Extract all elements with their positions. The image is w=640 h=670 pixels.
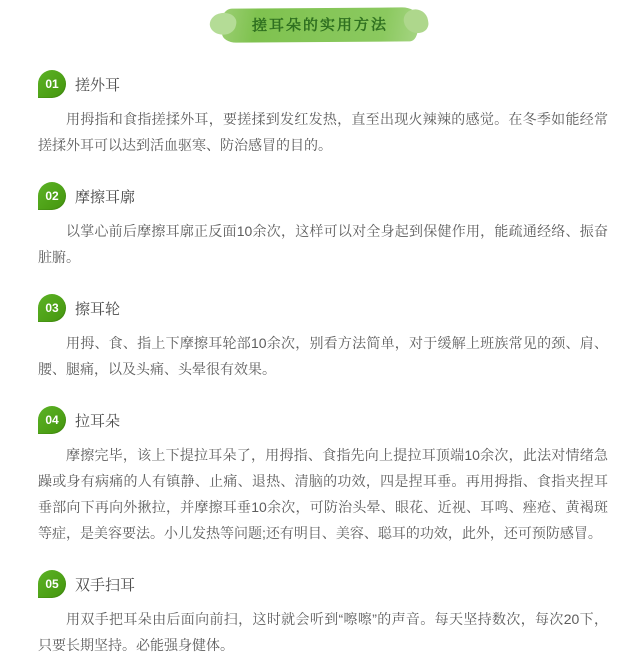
section-1: 01 搓外耳 用拇指和食指搓揉外耳，要搓揉到发红发热，直至出现火辣辣的感觉。在冬… [38, 70, 608, 158]
section-5: 05 双手扫耳 用双手把耳朵由后面向前扫，这时就会听到“嚓嚓”的声音。每天坚持数… [38, 570, 608, 658]
section-4-header: 04 拉耳朵 [38, 406, 608, 434]
section-2-header: 02 摩擦耳廓 [38, 182, 608, 210]
section-2-number-badge: 02 [38, 182, 66, 210]
article-page: 搓耳朵的实用方法 01 搓外耳 用拇指和食指搓揉外耳，要搓揉到发红发热，直至出现… [0, 0, 640, 670]
page-title: 搓耳朵的实用方法 [252, 17, 388, 35]
section-1-number-badge: 01 [38, 70, 66, 98]
section-3-number-badge: 03 [38, 294, 66, 322]
section-3-paragraph: 用拇、食、指上下摩擦耳轮部10余次，别看方法简单，对于缓解上班族常见的颈、肩、腰… [38, 330, 608, 382]
section-2-title: 摩擦耳廓 [75, 186, 135, 207]
section-5-number-badge: 05 [38, 570, 66, 598]
section-5-header: 05 双手扫耳 [38, 570, 608, 598]
section-2-paragraph: 以掌心前后摩擦耳廓正反面10余次，这样可以对全身起到保健作用，能疏通经络、振奋脏… [38, 218, 608, 270]
section-4-paragraph: 摩擦完毕，该上下提拉耳朵了，用拇指、食指先向上提拉耳顶端10余次，此法对情绪急躁… [38, 442, 608, 546]
section-3-title: 擦耳轮 [75, 298, 120, 319]
section-5-title: 双手扫耳 [75, 574, 135, 595]
section-4-number-badge: 04 [38, 406, 66, 434]
section-2: 02 摩擦耳廓 以掌心前后摩擦耳廓正反面10余次，这样可以对全身起到保健作用，能… [38, 182, 608, 270]
section-4: 04 拉耳朵 摩擦完毕，该上下提拉耳朵了，用拇指、食指先向上提拉耳顶端10余次，… [38, 406, 608, 546]
section-3-header: 03 擦耳轮 [38, 294, 608, 322]
article-body: 01 搓外耳 用拇指和食指搓揉外耳，要搓揉到发红发热，直至出现火辣辣的感觉。在冬… [0, 70, 640, 658]
section-1-paragraph: 用拇指和食指搓揉外耳，要搓揉到发红发热，直至出现火辣辣的感觉。在冬季如能经常搓揉… [38, 106, 608, 158]
title-banner-row: 搓耳朵的实用方法 [0, 0, 640, 42]
section-1-header: 01 搓外耳 [38, 70, 608, 98]
title-banner: 搓耳朵的实用方法 [222, 7, 418, 42]
section-3: 03 擦耳轮 用拇、食、指上下摩擦耳轮部10余次，别看方法简单，对于缓解上班族常… [38, 294, 608, 382]
section-4-title: 拉耳朵 [75, 410, 120, 431]
section-5-paragraph: 用双手把耳朵由后面向前扫，这时就会听到“嚓嚓”的声音。每天坚持数次，每次20下，… [38, 606, 608, 658]
section-1-title: 搓外耳 [75, 74, 120, 95]
